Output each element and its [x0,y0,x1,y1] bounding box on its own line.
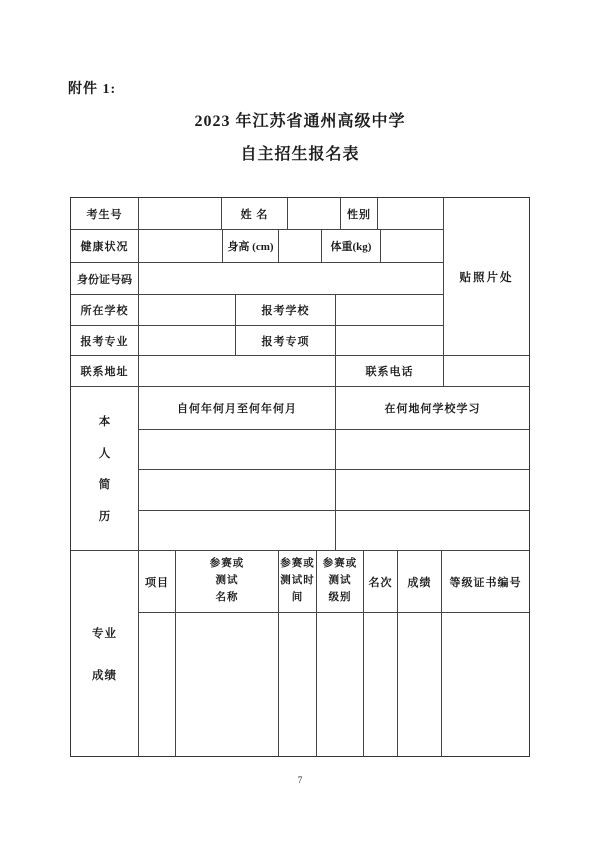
apply-specialty-value-cell [336,326,444,355]
score-label-line: 专业 [92,625,117,641]
resume-label-char: 人 [99,445,111,461]
score-name-header-line: 测试 [216,573,239,590]
contact-address-value-cell [139,356,336,386]
resume-section: 本 人 简 历 自何年何月至何年何月 在何地何学校学习 [71,387,529,551]
score-header-row: 项目 参赛或 测试 名称 参赛或 测试时 间 参赛或 测试 级别 名次 成绩 [139,551,529,613]
resume-blank-row [139,511,529,550]
resume-blank-row [139,470,529,511]
registration-form-table: 贴照片处 考生号 姓 名 性别 健康状况 身高 (cm) 体重(kg) 身份证号… [70,197,530,757]
score-level-header-line: 测试 [329,573,352,590]
resume-label-char: 本 [99,413,111,429]
resume-period-cell [139,511,336,550]
page-number: 7 [0,776,600,786]
score-name-header-line: 名称 [216,590,239,607]
height-label: 身高 (cm) [223,230,279,262]
score-time-header: 参赛或 测试时 间 [279,551,317,612]
apply-major-label: 报考专业 [71,326,139,355]
score-level-header: 参赛或 测试 级别 [317,551,364,612]
score-time-header-line: 测试时 [280,573,315,590]
row-schools: 所在学校 报考学校 [71,295,444,326]
health-label: 健康状况 [71,230,139,262]
candidate-no-label: 考生号 [71,198,139,229]
resume-place-cell [336,430,529,470]
score-time-cell [279,613,317,756]
document-title-line2: 自主招生报名表 [0,141,600,164]
score-name-header-line: 参赛或 [210,556,245,573]
score-time-header-line: 参赛或 [280,556,315,573]
apply-major-value-cell [139,326,236,355]
score-rank-cell [364,613,398,756]
score-cert-header: 等级证书编号 [442,551,529,612]
resume-period-header: 自何年何月至何年何月 [139,387,336,429]
score-item-cell [139,613,176,756]
resume-place-cell [336,470,529,510]
health-value-cell [139,230,223,262]
apply-school-value-cell [336,295,444,325]
row-id-number: 身份证号码 [71,263,444,295]
attachment-label: 附件 1: [68,78,116,98]
score-section-label: 专业 成绩 [71,551,139,756]
score-level-header-line: 级别 [329,590,352,607]
score-name-cell [176,613,279,756]
apply-school-label: 报考学校 [236,295,336,325]
weight-value-cell [381,230,444,262]
score-level-cell [317,613,364,756]
candidate-no-value-cell [139,198,222,229]
row-health-height-weight: 健康状况 身高 (cm) 体重(kg) [71,230,444,263]
apply-specialty-label: 报考专项 [236,326,336,355]
score-rank-header: 名次 [364,551,398,612]
document-title-line1: 2023 年江苏省通州高级中学 [0,108,600,131]
score-time-header-line: 间 [292,590,304,607]
height-value-cell [279,230,322,262]
gender-value-cell [378,198,444,229]
contact-phone-value-cell [444,356,529,386]
photo-paste-cell: 贴照片处 [444,198,529,356]
resume-section-label: 本 人 简 历 [71,387,139,550]
gender-label: 性别 [341,198,378,229]
score-name-header: 参赛或 测试 名称 [176,551,279,612]
current-school-label: 所在学校 [71,295,139,325]
score-label-line: 成绩 [92,667,117,683]
current-school-value-cell [139,295,236,325]
resume-columns: 自何年何月至何年何月 在何地何学校学习 [139,387,529,550]
score-blank-row [139,613,529,756]
name-value-cell [288,198,341,229]
row-major-specialty: 报考专业 报考专项 [71,326,444,356]
basic-info-section: 贴照片处 考生号 姓 名 性别 健康状况 身高 (cm) 体重(kg) 身份证号… [71,198,529,387]
resume-header-row: 自何年何月至何年何月 在何地何学校学习 [139,387,529,430]
name-label: 姓 名 [222,198,288,229]
row-candidate-name-gender: 考生号 姓 名 性别 [71,198,444,230]
score-cert-cell [442,613,529,756]
resume-place-header: 在何地何学校学习 [336,387,529,429]
resume-blank-row [139,430,529,471]
score-level-header-line: 参赛或 [323,556,358,573]
resume-place-cell [336,511,529,550]
score-score-header: 成绩 [398,551,442,612]
document-page: { "page": { "attachment_label": "附件 1:",… [0,0,600,848]
row-contact: 联系地址 联系电话 [71,356,529,387]
id-number-label: 身份证号码 [71,263,139,294]
score-columns: 项目 参赛或 测试 名称 参赛或 测试时 间 参赛或 测试 级别 名次 成绩 [139,551,529,756]
resume-period-cell [139,470,336,510]
score-score-cell [398,613,442,756]
contact-address-label: 联系地址 [71,356,139,386]
score-item-header: 项目 [139,551,176,612]
id-number-value-cell [139,263,444,294]
resume-label-char: 简 [99,476,111,492]
weight-label: 体重(kg) [322,230,381,262]
resume-label-char: 历 [99,508,111,524]
score-section: 专业 成绩 项目 参赛或 测试 名称 参赛或 测试时 间 参赛或 测试 [71,551,529,756]
resume-period-cell [139,430,336,470]
contact-phone-label: 联系电话 [336,356,444,386]
